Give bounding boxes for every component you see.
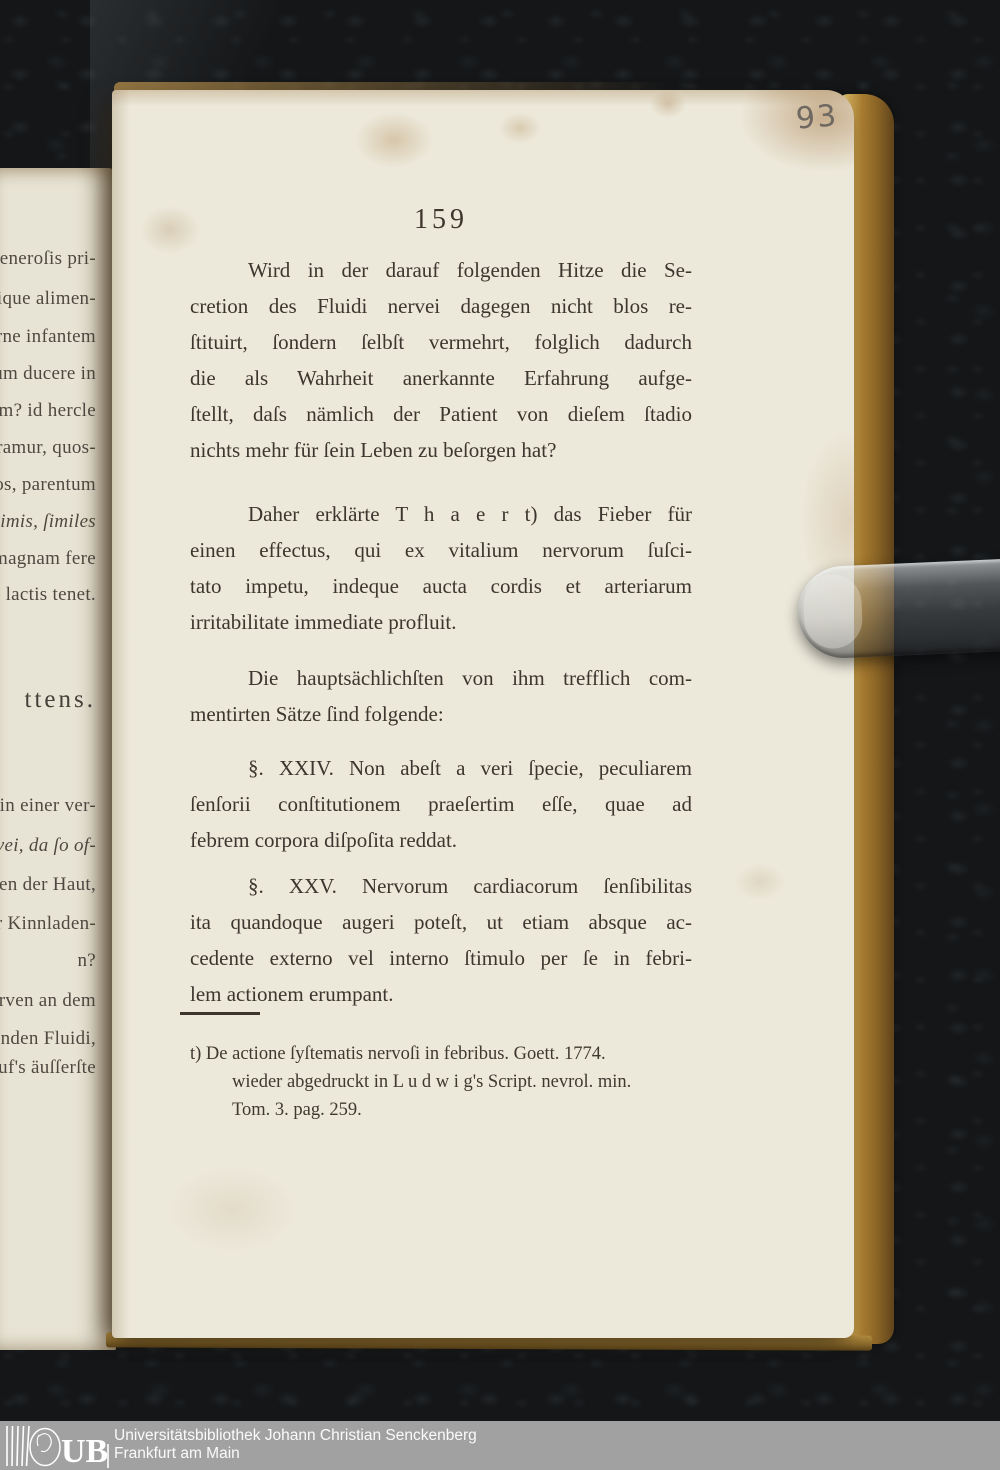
text-line: lem actionem erumpant. (190, 976, 692, 1012)
paragraph: §. XXIV. Non abeſt a veri ſpecie, peculi… (190, 750, 692, 858)
facing-page-line: vei, da ſo of- (0, 835, 96, 857)
paragraph: Die hauptsächlichſten von ihm trefflich … (190, 660, 692, 732)
text-line: ſtellt, daſs nämlich der Patient von die… (190, 396, 692, 432)
handwritten-folio-number: 93 (795, 98, 840, 137)
text-line: cedente externo vel interno ſtimulo per … (190, 940, 692, 976)
text-line: ſtituirt, ſondern ſelbſt vermehrt, folgl… (190, 324, 692, 360)
footnote-line: wieder abgedruckt in L u d w i g's Scrip… (190, 1068, 692, 1096)
paragraph: Daher erklärte T h a e r t) das Fieber f… (190, 496, 692, 640)
facing-page-line: is auf's äuſſerſte (0, 1057, 96, 1079)
footnote-separator-rule (180, 1012, 260, 1015)
facing-page-line: ven der Haut, (0, 874, 96, 896)
facing-page-line: eros, parentum (0, 474, 96, 496)
facing-page-line: ebenden Fluidi, (0, 1028, 96, 1050)
page-number: 159 (190, 204, 692, 238)
text-line: mentirten Sätze ſind folgende: (190, 696, 692, 732)
text-line: cretion des Fluidi nervei dagegen nicht … (190, 288, 692, 324)
footnote-line: Tom. 3. pag. 259. (190, 1096, 692, 1124)
facing-page-line: que generoſis pri- (0, 248, 96, 270)
text-line: §. XXV. Nervorum cardiacorum ſenſibilita… (190, 868, 692, 904)
facing-page-line: timurne infantem (0, 326, 96, 348)
facing-page-line: generique alimen- (0, 288, 96, 310)
text-line: einen effectus, qui ex vitalium nervorum… (190, 532, 692, 568)
text-line: §. XXIV. Non abeſt a veri ſpecie, peculi… (190, 750, 692, 786)
text-line: irritabilitate immediate profluit. (190, 604, 692, 640)
text-line: Wird in der darauf folgenden Hitze die S… (190, 252, 692, 288)
facing-page-line: s magnam fere (0, 548, 96, 570)
library-attribution-bar: UB Universitätsbibliothek Johann Christi… (0, 1421, 1000, 1470)
institution-name: Universitätsbibliothek Johann Christian … (114, 1427, 477, 1445)
scanned-page: 159 Wird in der darauf folgenden Hitze d… (112, 90, 854, 1338)
library-logo-icon: UB (2, 1421, 112, 1470)
paragraph: §. XXV. Nervorum cardiacorum ſenſibilita… (190, 868, 692, 1012)
facing-page-line: in einer ver- (0, 795, 96, 817)
text-line: nichts mehr für ſein Leben zu beſorgen h… (190, 432, 692, 468)
text-line: die als Wahrheit anerkannte Erfahrung au… (190, 360, 692, 396)
text-line: Daher erklärte T h a e r t) das Fieber f… (190, 496, 692, 532)
text-line: ſenſorii conſtitutionem praeſertim eſſe,… (190, 786, 692, 822)
paragraph: Wird in der darauf folgenden Hitze die S… (190, 252, 692, 468)
text-line: Die hauptsächlichſten von ihm trefflich … (190, 660, 692, 696)
text-line: tato impetu, indeque aucta cordis et art… (190, 568, 692, 604)
facing-page-line: Nerven an dem (0, 990, 96, 1012)
facing-page-line: er Kinnladen- (0, 913, 96, 935)
facing-page-line: animis, ſimiles (0, 511, 96, 533)
facing-page-line: ra lactis tenet. (0, 584, 96, 606)
footnote-text: t) De actione ſyſtematis nervoſi in febr… (190, 1040, 692, 1124)
text-line: ita quandoque augeri poteſt, ut etiam ab… (190, 904, 692, 940)
facing-page-sliver: que generoſis pri-generique alimen-timur… (0, 168, 116, 1350)
facing-page-line: piritum ducere in (0, 363, 96, 385)
page-holder-clip (796, 559, 1000, 660)
footnote-line: t) De actione ſyſtematis nervoſi in febr… (190, 1040, 692, 1068)
institution-city: Frankfurt am Main (114, 1445, 477, 1463)
text-line: febrem corpora diſpoſita reddat. (190, 822, 692, 858)
page-body-text: Wird in der darauf folgenden Hitze die S… (190, 238, 692, 1012)
facing-page-line: imum? id hercle (0, 400, 96, 422)
facing-page-line: miramur, quos- (0, 437, 96, 459)
facing-page-line: ttens. (25, 686, 96, 714)
book-scan-viewport: que generoſis pri-generique alimen-timur… (0, 0, 1000, 1470)
library-attribution-text: Universitätsbibliothek Johann Christian … (114, 1427, 477, 1463)
logo-ub-text: UB (61, 1433, 108, 1470)
facing-page-line: n? (77, 950, 96, 972)
